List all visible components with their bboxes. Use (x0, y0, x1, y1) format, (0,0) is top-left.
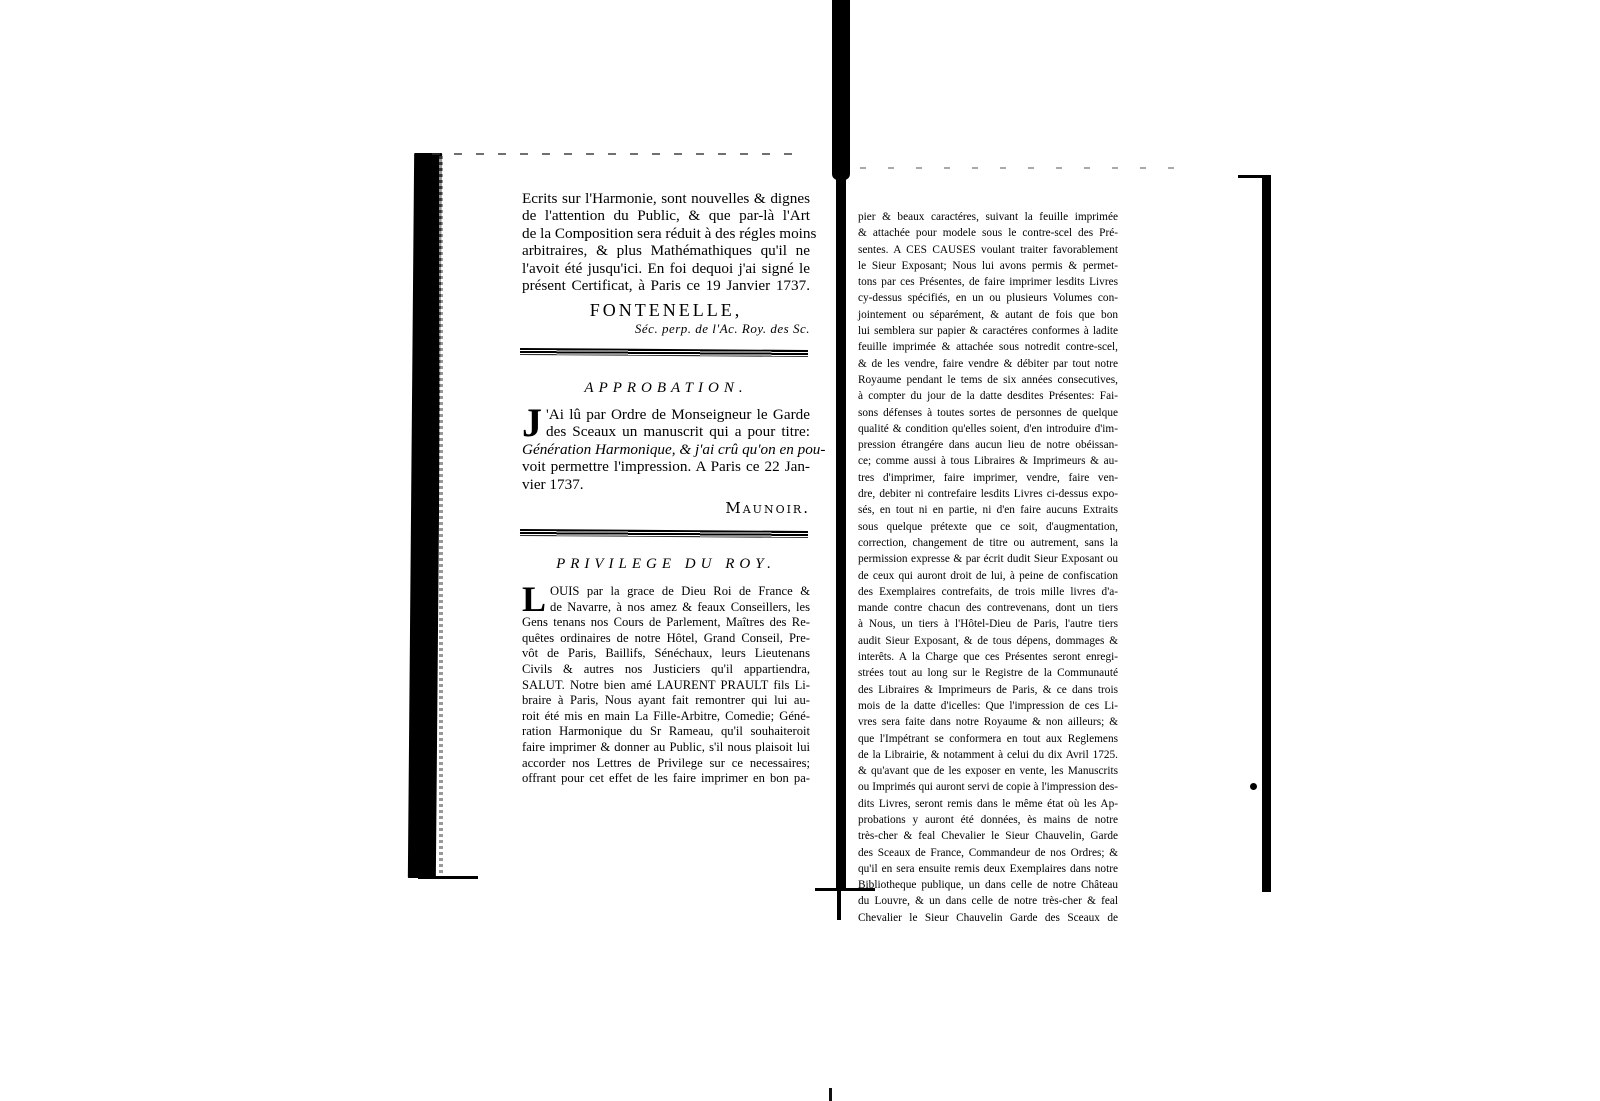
text-line: des Sceaux un manuscrit qui a pour titre… (522, 423, 810, 440)
text-line: qu'il en sera ensuite remis deux Exempla… (858, 861, 1118, 877)
approbation-body: J 'Ai lû par Ordre de Monseigneur le Gar… (522, 406, 810, 517)
text-line: ce; comme aussi à tous Libraires & Impri… (858, 453, 1118, 469)
text-line: à compter du jour de la datte desdites P… (858, 388, 1118, 404)
text-line: ration Harmonique du Sr Rameau, qu'il so… (522, 724, 810, 740)
text-line: des Exemplaires contrefaits, de trois mi… (858, 584, 1118, 600)
text-line: quêtes ordinaires de notre Hôtel, Grand … (522, 631, 810, 647)
text-line: du Louvre, & un dans celle de notre très… (858, 893, 1118, 909)
text-line: strées tout au long sur le Registre de l… (858, 665, 1118, 681)
signature-maunoir: Maunoir. (522, 499, 810, 517)
text-line: correction, changement de titre ou autre… (858, 535, 1118, 551)
text-line: faire imprimer & donner au Public, s'il … (522, 740, 810, 756)
text-line: que l'Impétrant se conformera en tout au… (858, 731, 1118, 747)
text-line: vier 1737. (522, 476, 810, 493)
signature-fontenelle: FONTENELLE, (522, 300, 810, 321)
text-line: & attachée pour modele sous le contre-sc… (858, 225, 1118, 241)
certificate-tail: Ecrits sur l'Harmonie, sont nouvelles & … (522, 190, 810, 337)
text-line: des Sceaux de France, Commandeur de nos … (858, 845, 1118, 861)
text-line: très-cher & feal Chevalier le Sieur Chau… (858, 828, 1118, 844)
text-line: l'avoit été jusqu'ici. En foi dequoi j'a… (522, 260, 810, 277)
text-line: feuille imprimée & attachée sous notredi… (858, 339, 1118, 355)
left-page-edge (408, 153, 442, 878)
text-line: de la Librairie, & notamment à celui du … (858, 747, 1118, 763)
text-line: Civils & autres nos Justiciers qu'il app… (522, 662, 810, 678)
text-line: Bibliotheque publique, un dans celle de … (858, 877, 1118, 893)
text-line: des Libraires & Imprimeurs de Paris, & c… (858, 682, 1118, 698)
text-line: Royaume pendant le tems de six années co… (858, 372, 1118, 388)
text-line: sés, en tout ni en partie, ni d'en faire… (858, 502, 1118, 518)
text-line: Gens tenans nos Cours de Parlement, Maît… (522, 615, 810, 631)
text-line: vres sera faite dans notre Royaume & non… (858, 714, 1118, 730)
text-line: pression étrangére dans aucun lieu de no… (858, 437, 1118, 453)
approbation-heading: APPROBATION. (522, 380, 810, 397)
text-line: sous quelque prétexte que ce soit, d'aug… (858, 519, 1118, 535)
text-line: voit permettre l'impression. A Paris ce … (522, 458, 810, 475)
text-line: interêts. A la Charge que ces Présentes … (858, 649, 1118, 665)
text-line: cy-dessus spécifiés, en un ou plusieurs … (858, 290, 1118, 306)
text-line: qualité & condition qu'elles soient, d'e… (858, 421, 1118, 437)
text-line: roit été mis en main La Fille-Arbitre, C… (522, 709, 810, 725)
text-line: & qu'avant que de les exposer en vente, … (858, 763, 1118, 779)
right-page-top-corner (1238, 175, 1268, 178)
signature-title: Séc. perp. de l'Ac. Roy. des Sc. (522, 321, 810, 337)
book-spine (836, 170, 846, 890)
text-line: offrant pour cet effet de les faire impr… (522, 771, 810, 787)
text-line: vôt de Paris, Baillifs, Sénéchaux, leurs… (522, 646, 810, 662)
left-page-bottom-edge (418, 876, 478, 879)
text-line: permission expresse & par écrit dudit Si… (858, 551, 1118, 567)
ornamental-rule (520, 529, 808, 538)
text-line: sentes. A CES CAUSES voulant traiter fav… (858, 242, 1118, 258)
book-spine-tail (837, 890, 841, 920)
text-line: sons défenses à toutes sortes de personn… (858, 405, 1118, 421)
text-line: braire à Paris, Nous ayant fait remontre… (522, 693, 810, 709)
drop-cap: J (522, 406, 542, 440)
book-scan: Ecrits sur l'Harmonie, sont nouvelles & … (0, 0, 1600, 1101)
text-line: le Sieur Exposant; Nous lui avons permis… (858, 258, 1118, 274)
text-line: présent Certificat, à Paris ce 19 Janvie… (522, 277, 810, 294)
left-page-edge-shadow (439, 156, 443, 876)
text-line: de ceux qui auront droit de lui, à peine… (858, 568, 1118, 584)
text-line: audit Sieur Exposant, & de tous dépens, … (858, 633, 1118, 649)
text-line: probations y auront été données, ès main… (858, 812, 1118, 828)
text-line: tres d'imprimer, faire imprimer, vendre,… (858, 470, 1118, 486)
text-line: de Navarre, à nos amez & feaux Conseille… (522, 600, 810, 616)
privilege-heading: PRIVILEGE DU ROY. (522, 556, 810, 573)
text-line: dre, debiter ni contrefaire lesdits Livr… (858, 486, 1118, 502)
text-line: pier & beaux caractéres, suivant la feui… (858, 209, 1118, 225)
text-line: & de les vendre, faire vendre & débiter … (858, 356, 1118, 372)
privilege-continuation: pier & beaux caractéres, suivant la feui… (858, 209, 1118, 926)
text-line: Chevalier le Sieur Chauvelin Garde des S… (858, 910, 1118, 926)
text-line: ou Imprimés qui auront servi de copie à … (858, 779, 1118, 795)
text-line: mois de la datte d'icelles: Que l'impres… (858, 698, 1118, 714)
right-page-top-edge (860, 167, 1190, 169)
ornamental-rule (520, 348, 808, 357)
text-line: Ecrits sur l'Harmonie, sont nouvelles & … (522, 190, 810, 207)
text-line: de l'attention du Public, & que par-là l… (522, 207, 810, 224)
text-line: accorder nos Lettres de Privilege sur ce… (522, 756, 810, 772)
drop-cap: L (522, 584, 546, 614)
text-line: dits Livres, seront remis dans le même é… (858, 796, 1118, 812)
right-page-edge (1262, 175, 1271, 892)
text-line: à Nous, un tiers à l'Hôtel-Dieu de Paris… (858, 616, 1118, 632)
text-line: lui semblera sur papier & caractéres con… (858, 323, 1118, 339)
text-line: tons par ces Présentes, de faire imprime… (858, 274, 1118, 290)
book-spine-top (832, 0, 850, 180)
text-line: de la Composition sera réduit à des régl… (522, 225, 810, 242)
ink-spot (1250, 783, 1257, 790)
privilege-body: L OUIS par la grace de Dieu Roi de Franc… (522, 584, 810, 787)
left-page-top-edge (432, 153, 802, 155)
text-line: jointement ou séparément, & autant de fo… (858, 307, 1118, 323)
scan-mark (829, 1088, 832, 1101)
text-line: arbitraires, & plus Mathémathiques qu'il… (522, 242, 810, 259)
text-line: Génération Harmonique, & j'ai crû qu'on … (522, 441, 810, 458)
text-line: 'Ai lû par Ordre de Monseigneur le Garde (522, 406, 810, 423)
text-line: mande contre chacun des contrevenans, do… (858, 600, 1118, 616)
text-line: OUIS par la grace de Dieu Roi de France … (522, 584, 810, 600)
text-line: SALUT. Notre bien amé LAURENT PRAULT fil… (522, 678, 810, 694)
